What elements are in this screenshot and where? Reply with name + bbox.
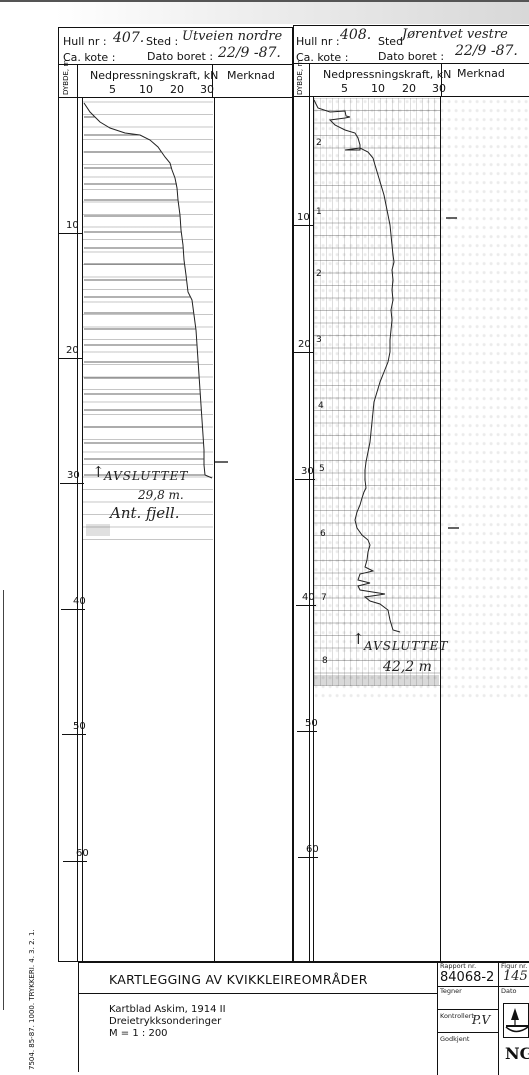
title-block-left-border [78, 962, 79, 1072]
map-sheet-line: Kartblad Askim, 1914 II [109, 1005, 226, 1015]
tegner-label: Tegner [440, 988, 462, 995]
info-box-divider-2 [498, 962, 499, 1075]
figur-value: 145 [503, 970, 528, 983]
kontrollert-label: Kontrollert [440, 1013, 474, 1020]
arrow-glyph-right: ↑ [352, 632, 365, 647]
info-box-divider-1 [437, 962, 438, 1075]
sounding-curve-right [0, 0, 529, 1075]
dato-label: Dato [501, 988, 517, 995]
termination-depth-right: 42,2 m [383, 660, 432, 674]
rapport-label: Rapport nr. [440, 963, 476, 970]
kontrollert-initials: P.V [472, 1014, 490, 1026]
method-line: Dreietrykksonderinger [109, 1017, 221, 1027]
info-row-divider-3 [437, 1032, 498, 1033]
rapport-value: 84068-2 [440, 971, 494, 984]
info-row-divider-2 [437, 1009, 498, 1010]
title-divider [78, 993, 438, 994]
scale-line: M = 1 : 200 [109, 1029, 168, 1039]
ngi-logo-icon [503, 1003, 529, 1043]
godkjent-label: Godkjent [440, 1036, 469, 1043]
termination-note-right: Avsluttet [364, 640, 448, 652]
ngi-logo-text: NGI [505, 1044, 529, 1063]
project-title: KARTLEGGING AV KVIKKLEIREOMRÅDER [109, 974, 368, 987]
